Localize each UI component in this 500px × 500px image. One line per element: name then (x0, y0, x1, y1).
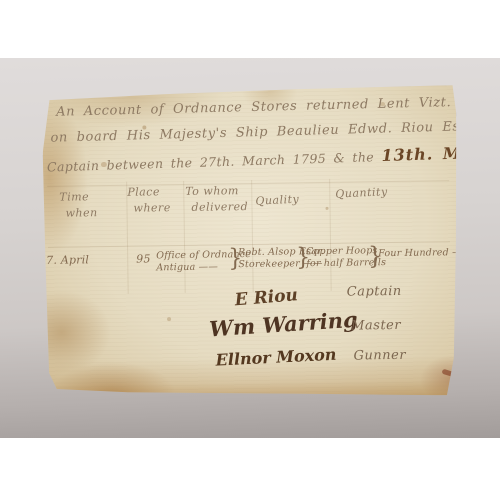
signature-role-master: Master (351, 318, 401, 334)
row-quantity: Four Hundred ———— (378, 247, 491, 261)
row-place-line: Antigua —— (156, 261, 218, 273)
column-header-line: Time (59, 190, 89, 203)
photograph-background: An Account of Ordnance Stores returned L… (0, 58, 500, 438)
stain-speck (326, 207, 329, 210)
signature-captain: E Riou (234, 285, 299, 310)
stain-speck (167, 317, 171, 321)
column-header-line: when (65, 206, 97, 219)
heading-line-3: Captain between the 27th. March 1795 & t… (47, 140, 500, 176)
column-header-line: Place (127, 185, 160, 198)
heading-line-3-emphasis: 13th. May following (381, 140, 500, 165)
signature-role-captain: Captain (347, 284, 402, 300)
signature-role-gunner: Gunner (353, 348, 406, 364)
column-header-place-where: Place where (127, 185, 171, 215)
heading-line-1: An Account of Ordnance Stores returned L… (56, 95, 451, 120)
column-header-line: delivered (191, 200, 248, 214)
signature-gunner: Ellnor Moxon (215, 345, 337, 370)
crease-line (47, 180, 449, 187)
column-header-line: Quality (255, 193, 299, 208)
column-header-line: Quantity (335, 185, 388, 201)
column-header-line: where (133, 201, 170, 215)
column-header-line: To whom (185, 184, 239, 198)
page: An Account of Ordnance Stores returned L… (0, 0, 500, 500)
ink-smudge (442, 369, 461, 379)
signature-master: Wm Warring (208, 307, 358, 342)
column-header-quantity: Quantity (335, 185, 388, 201)
column-header-quality: Quality (255, 193, 299, 208)
heading-line-3-text: Captain between the 27th. March 1795 & t… (47, 149, 375, 174)
row-date: 7. April (46, 254, 89, 267)
document-paper: An Account of Ordnance Stores returned L… (42, 85, 460, 401)
column-header-time-when: Time when (59, 190, 98, 220)
crease-line (251, 180, 254, 292)
column-header-to-whom-delivered: To whom delivered (185, 184, 248, 214)
row-year: 95 (136, 253, 151, 265)
heading-line-2: on board His Majesty's Ship Beaulieu Edw… (50, 119, 479, 146)
crease-line (329, 179, 332, 291)
row-quality-line: Copper Hoops (306, 245, 378, 257)
